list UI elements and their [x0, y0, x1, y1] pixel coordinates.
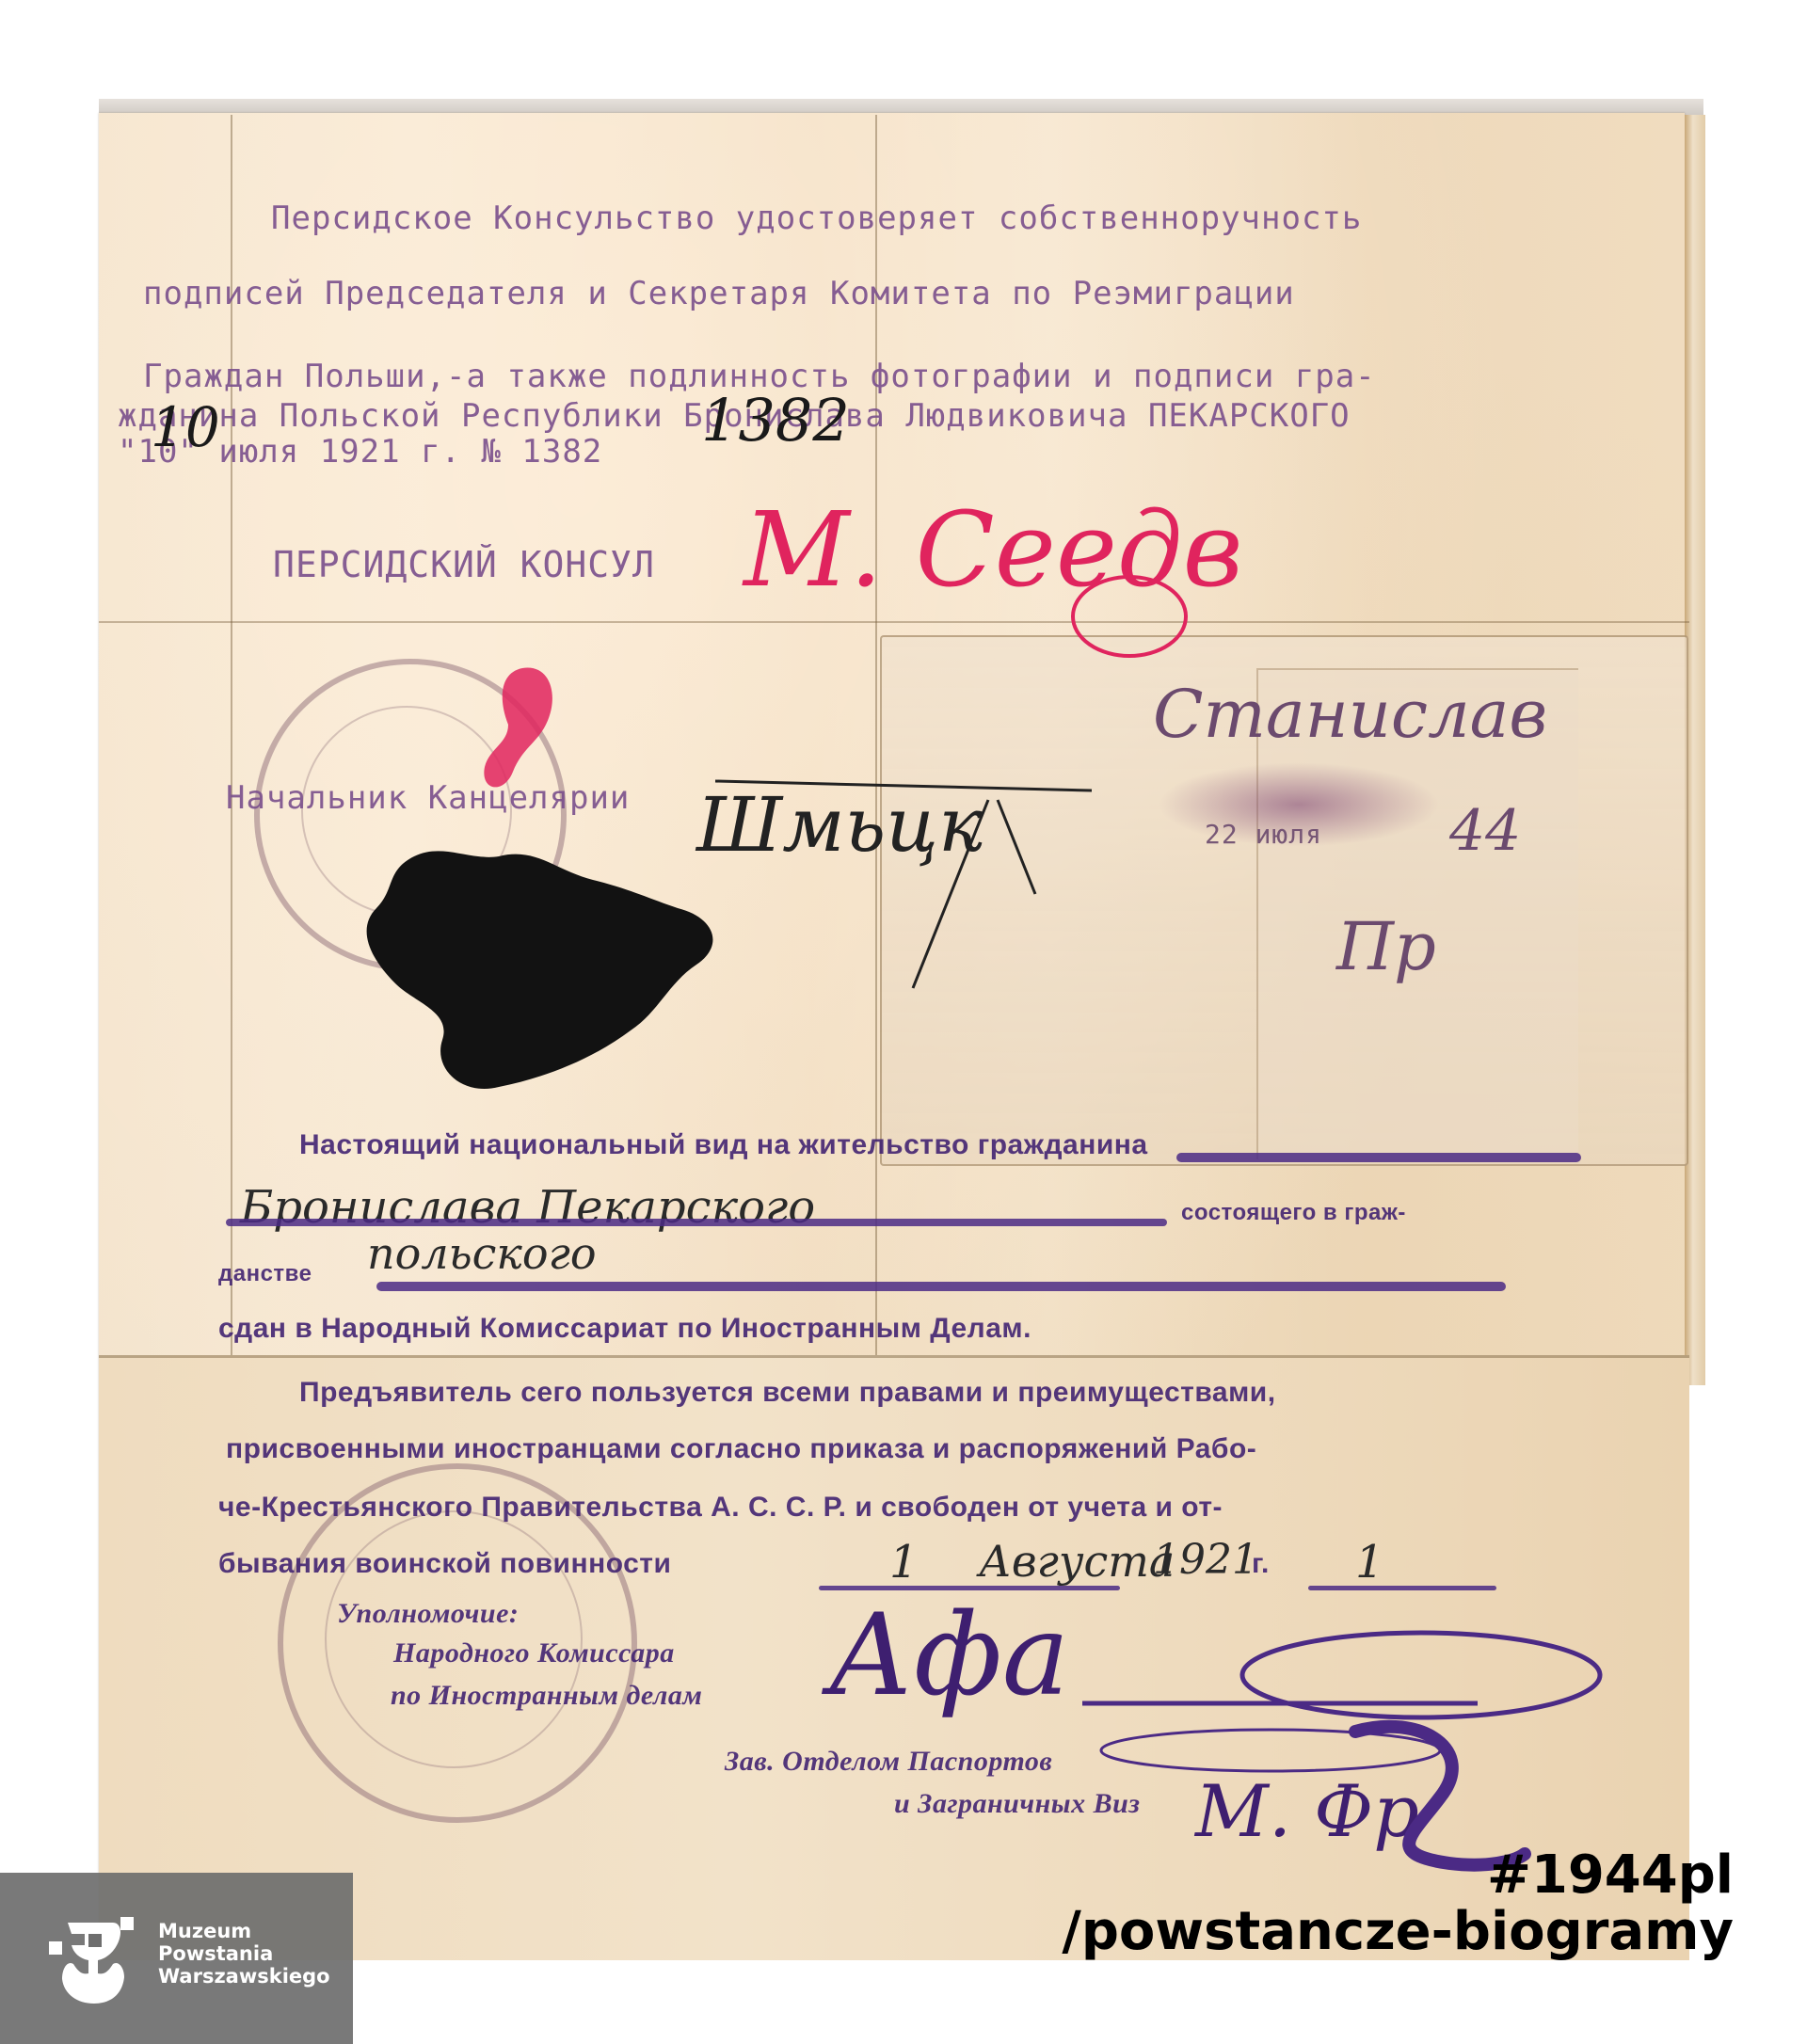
kotwica-anchor-icon	[47, 1906, 141, 2009]
stamped-authorization: Уполномочие:	[337, 1598, 519, 1630]
stamped-passport-dept: Зав. Отделом Паспортов	[725, 1746, 1052, 1778]
typed-line-1: Персидское Консульство удостоверяет собс…	[271, 200, 1362, 237]
handwritten-number: 1382	[701, 386, 850, 455]
flap-number: 44	[1449, 798, 1521, 864]
black-ink-blot	[358, 842, 725, 1101]
date-year: 1921	[1153, 1536, 1258, 1584]
document-number: 1	[1355, 1536, 1384, 1589]
fill-line	[376, 1282, 1506, 1291]
stamped-line-6: присвоенными иностранцами согласно прика…	[226, 1433, 1256, 1465]
date-suffix: г.	[1252, 1548, 1270, 1580]
stamped-line-7: че-Крестьянского Правительства А. С. С. …	[218, 1492, 1223, 1524]
stamped-line-3: данстве	[218, 1261, 312, 1287]
fill-line	[226, 1219, 1167, 1226]
signature-flourish	[1082, 1619, 1609, 1882]
date-month: Августа	[979, 1536, 1175, 1587]
tagline: /powstancze-biogramy	[1062, 1903, 1734, 1961]
stamped-line-8: бывания воинской повинности	[218, 1548, 671, 1580]
museum-name-line-1: Muzeum	[158, 1920, 330, 1942]
museum-name: Muzeum Powstania Warszawskiego	[158, 1920, 330, 1988]
typed-line-2: подписей Председателя и Секретаря Комите…	[143, 275, 1295, 312]
consul-title: ПЕРСИДСКИЙ КОНСУЛ	[273, 544, 655, 585]
date-day: 1	[889, 1536, 919, 1589]
handwritten-day: 10	[151, 395, 220, 459]
signature-strokes	[678, 772, 1111, 998]
flap-initials: Пр	[1336, 908, 1436, 985]
stamped-line-2: состоящего в граж-	[1181, 1200, 1406, 1226]
stamped-line-1: Настоящий национальный вид на жительство…	[299, 1129, 1148, 1161]
stamped-foreign-affairs: по Иностранным делам	[391, 1680, 702, 1712]
flap-stamp-date: 22 июля	[1205, 819, 1322, 850]
flap-handwritten-name: Станислав	[1153, 676, 1547, 753]
hashtag: #1944pl	[1487, 1847, 1734, 1904]
stamped-commissar-title: Народного Комиссара	[393, 1637, 675, 1669]
museum-name-line-3: Warszawskiego	[158, 1965, 330, 1988]
fill-line	[1176, 1153, 1581, 1162]
stamped-line-4: сдан в Народный Комиссариат по Иностранн…	[218, 1313, 1031, 1345]
red-ink-stain	[471, 659, 574, 800]
fill-line	[1308, 1586, 1496, 1590]
museum-name-line-2: Powstania	[158, 1942, 330, 1965]
signature-loop	[1063, 565, 1195, 668]
stamped-line-5: Предъявитель сего пользуется всеми права…	[299, 1377, 1276, 1409]
handwritten-citizenship: польского	[367, 1228, 597, 1279]
commissar-signature: Афа	[828, 1590, 1069, 1721]
fold-line	[99, 621, 1689, 623]
